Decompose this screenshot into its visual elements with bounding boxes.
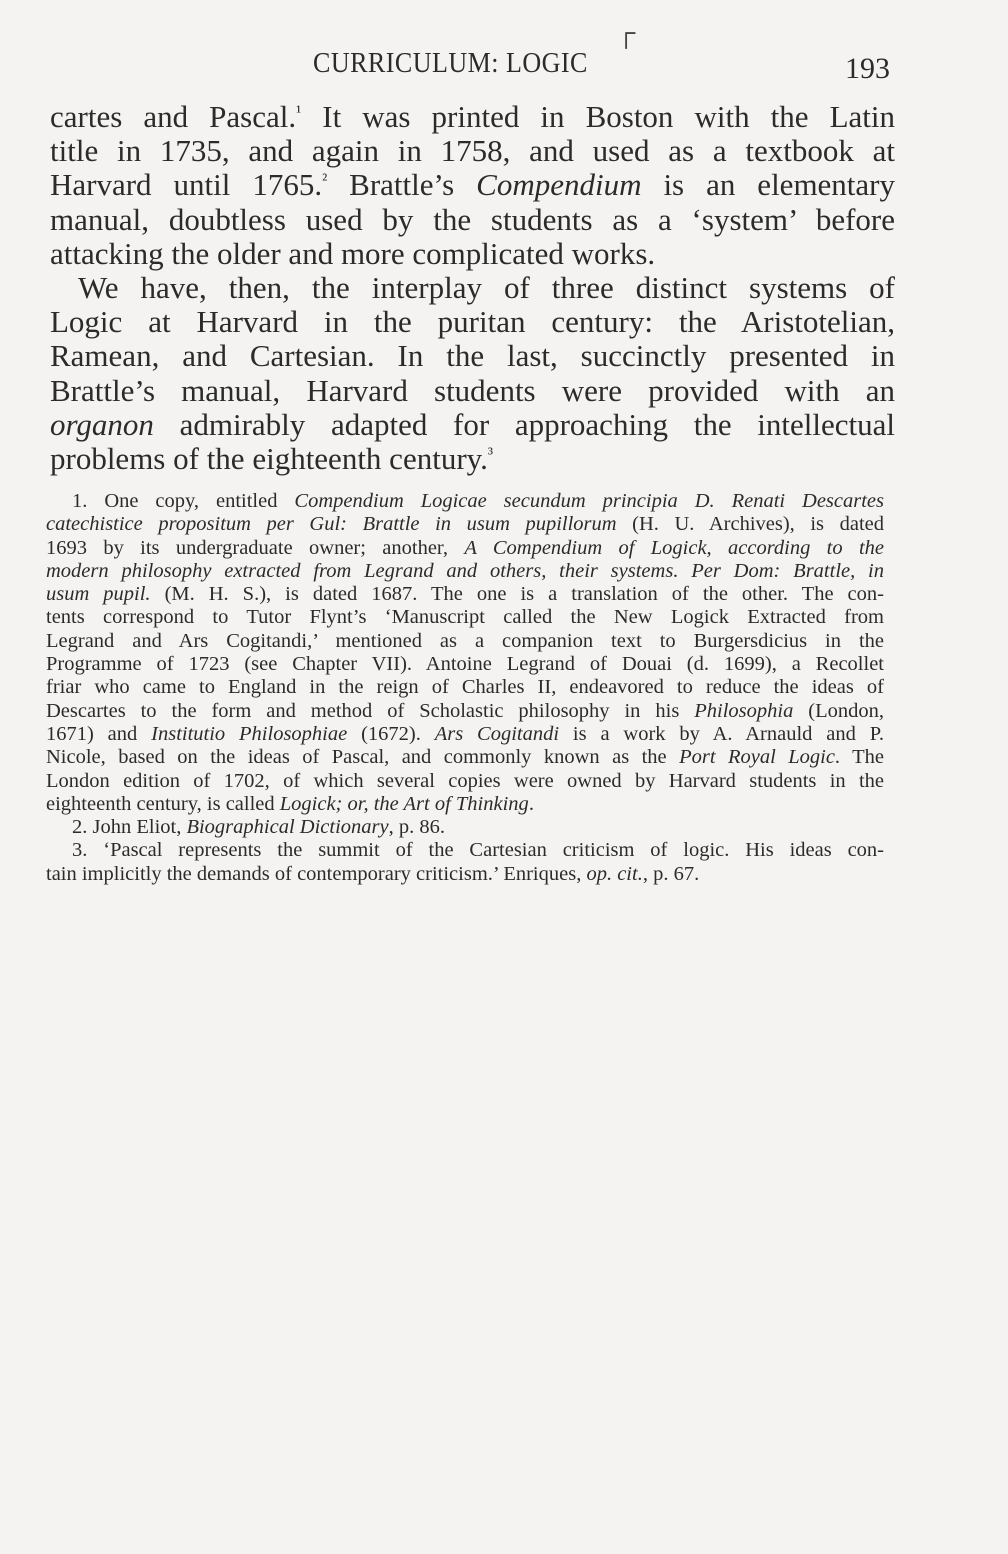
footnote-line: Descartes to the form and method of Scho…: [46, 700, 884, 723]
footnote-line: modern philosophy extracted from Legrand…: [46, 560, 884, 583]
footnote-line: eighteenth century, is called Logick; or…: [46, 793, 884, 816]
body-line: Logic at Harvard in the puritan century:…: [50, 305, 895, 339]
footnote-line: 1671) and Institutio Philosophiae (1672)…: [46, 723, 884, 746]
body-line: manual, doubtless used by the students a…: [50, 203, 895, 237]
footnote-line: friar who came to England in the reign o…: [46, 676, 884, 699]
body-line: Brattle’s manual, Harvard students were …: [50, 374, 895, 408]
body-line: Harvard until 1765.² Brattle’s Compendiu…: [50, 168, 895, 202]
footnote-line: Nicole, based on the ideas of Pascal, an…: [46, 746, 884, 769]
body-text: cartes and Pascal.¹ It was printed in Bo…: [50, 100, 895, 476]
footnote-line: 1. One copy, entitled Compendium Logicae…: [46, 490, 884, 513]
stray-mark: ┌: [617, 18, 635, 48]
footnote-line: Programme of 1723 (see Chapter VII). Ant…: [46, 653, 884, 676]
body-line: cartes and Pascal.¹ It was printed in Bo…: [50, 100, 895, 134]
footnote-ref: ³: [488, 444, 493, 463]
footnote-line: Legrand and Ars Cogitandi,’ mentioned as…: [46, 630, 884, 653]
book-page: ┌ CURRICULUM: LOGIC 193 cartes and Pasca…: [0, 0, 1008, 1554]
footnote-line: 1693 by its undergraduate owner; another…: [46, 537, 884, 560]
footnotes: 1. One copy, entitled Compendium Logicae…: [46, 490, 884, 886]
footnote-line: tents correspond to Tutor Flynt’s ‘Manus…: [46, 606, 884, 629]
body-line: organon admirably adapted for approachin…: [50, 408, 895, 442]
body-line: problems of the eighteenth century.³: [50, 442, 895, 476]
body-line: title in 1735, and again in 1758, and us…: [50, 134, 895, 168]
footnote-line: 2. John Eliot, Biographical Dictionary, …: [46, 816, 884, 839]
body-line: Ramean, and Cartesian. In the last, succ…: [50, 339, 895, 373]
body-line: We have, then, the interplay of three di…: [50, 271, 895, 305]
footnote-line: tain implicitly the demands of contempor…: [46, 863, 884, 886]
footnote-line: usum pupil. (M. H. S.), is dated 1687. T…: [46, 583, 884, 606]
footnote-line: 3. ‘Pascal represents the summit of the …: [46, 839, 884, 862]
body-line: attacking the older and more complicated…: [50, 237, 895, 271]
running-head: CURRICULUM: LOGIC: [313, 48, 588, 80]
footnote-line: catechistice propositum per Gul: Brattle…: [46, 513, 884, 536]
page-number: 193: [845, 52, 890, 86]
footnote-line: London edition of 1702, of which several…: [46, 770, 884, 793]
